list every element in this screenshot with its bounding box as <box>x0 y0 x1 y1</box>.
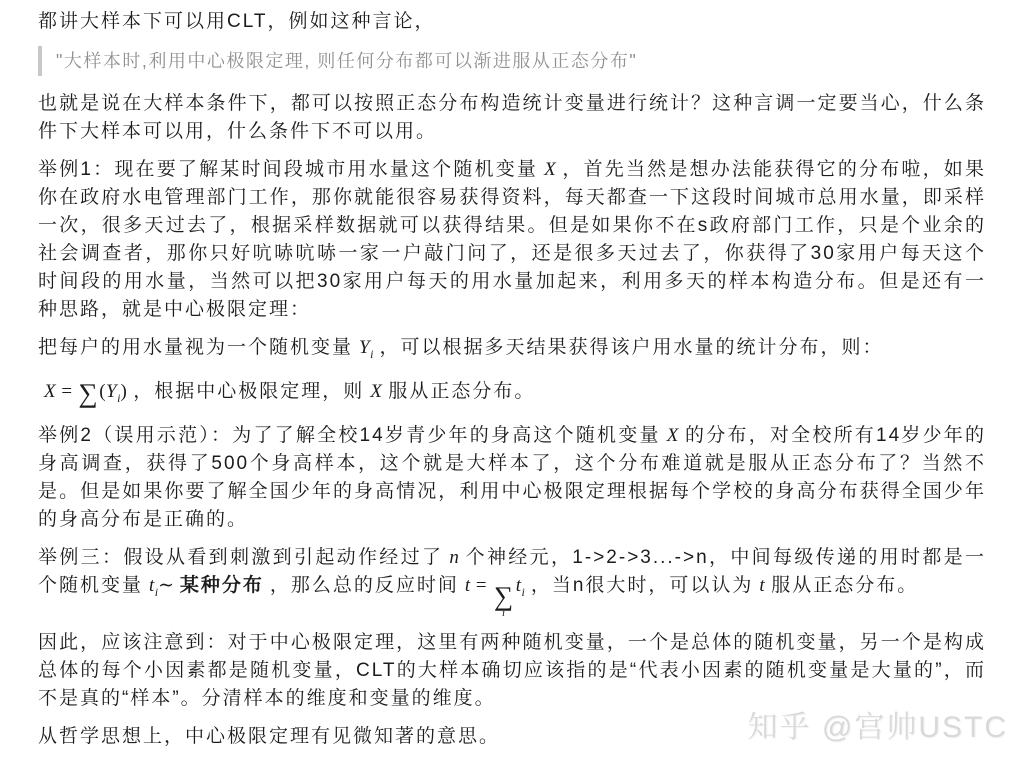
intro-text: 都讲大样本下可以用CLT，例如这种言论， <box>38 11 436 32</box>
example3-mid2: ，那么总的反应时间 <box>270 575 459 596</box>
math-var-x: X <box>661 425 685 446</box>
reaction-time-formula: t=∑iti <box>459 575 531 596</box>
formula-mid: ，根据中心极限定理，则 <box>133 381 364 402</box>
clt-sum-formula: X=∑(Yi) <box>38 381 133 402</box>
distribution-label: 某种分布 <box>180 575 264 596</box>
example3-mid3: ，当n很大时，可以认为 <box>531 575 754 596</box>
closing-text: 从哲学思想上，中心极限定理有见微知著的意思。 <box>38 726 500 747</box>
zhihu-watermark: 知乎 @宫帅USTC <box>748 702 1008 746</box>
paragraph-caution: 也就是说在大样本条件下，都可以按照正态分布构造统计变量进行统计？这种言调一定要当… <box>38 90 986 146</box>
example1-setup-pre: 把每户的用水量视为一个随机变量 <box>38 337 353 358</box>
example3-post: 服从正态分布。 <box>771 575 918 596</box>
math-var-x: X <box>364 381 388 402</box>
conclusion-text: 因此，应该注意到：对于中心极限定理，这里有两种随机变量，一个是总体的随机变量，另… <box>38 632 986 709</box>
watermark-text: 知乎 @宫帅USTC <box>748 711 1008 744</box>
quote-block: "大样本时,利用中心极限定理, 则任何分布都可以渐进服从正态分布" <box>38 46 986 76</box>
math-var-x: X <box>538 159 562 180</box>
example1-post: ，首先当然是想办法能获得它的分布啦，如果你在政府水电管理部门工作，那你就能很容易… <box>38 159 986 320</box>
paragraph-example2: 举例2（误用示范）：为了了解全校14岁青少年的身高这个随机变量X的分布，对全校所… <box>38 422 986 534</box>
math-var-yi: Yi <box>353 337 379 358</box>
sum-over-i-icon: ∑i <box>494 585 514 619</box>
article-page: 都讲大样本下可以用CLT，例如这种言论， "大样本时,利用中心极限定理, 则任何… <box>0 0 1024 768</box>
paragraph-example3: 举例三：假设从看到刺激到引起动作经过了n个神经元，1->2->3...->n，中… <box>38 544 986 619</box>
paragraph-formula: X=∑(Yi)，根据中心极限定理，则X服从正态分布。 <box>38 378 986 412</box>
math-var-ti-dist: ti∼ 某种分布 <box>143 575 270 596</box>
quote-text: "大样本时,利用中心极限定理, 则任何分布都可以渐进服从正态分布" <box>56 51 637 71</box>
example1-setup-post: ，可以根据多天结果获得该户用水量的统计分布，则： <box>379 337 883 358</box>
caution-text: 也就是说在大样本条件下，都可以按照正态分布构造统计变量进行统计？这种言调一定要当… <box>38 93 986 142</box>
paragraph-example1-setup: 把每户的用水量视为一个随机变量Yi，可以根据多天结果获得该户用水量的统计分布，则… <box>38 334 986 368</box>
example3-pre: 举例三：假设从看到刺激到引起动作经过了 <box>38 547 443 568</box>
sigma-icon: ∑ <box>77 378 99 408</box>
math-var-n: n <box>443 547 465 568</box>
paragraph-intro: 都讲大样本下可以用CLT，例如这种言论， <box>38 8 986 36</box>
math-var-t: t <box>753 575 771 596</box>
example2-pre: 举例2（误用示范）：为了了解全校14岁青少年的身高这个随机变量 <box>38 425 661 446</box>
formula-post: 服从正态分布。 <box>388 381 535 402</box>
paragraph-conclusion: 因此，应该注意到：对于中心极限定理，这里有两种随机变量，一个是总体的随机变量，另… <box>38 629 986 713</box>
paragraph-example1: 举例1：现在要了解某时间段城市用水量这个随机变量X，首先当然是想办法能获得它的分… <box>38 156 986 324</box>
example1-pre: 举例1：现在要了解某时间段城市用水量这个随机变量 <box>38 159 538 180</box>
